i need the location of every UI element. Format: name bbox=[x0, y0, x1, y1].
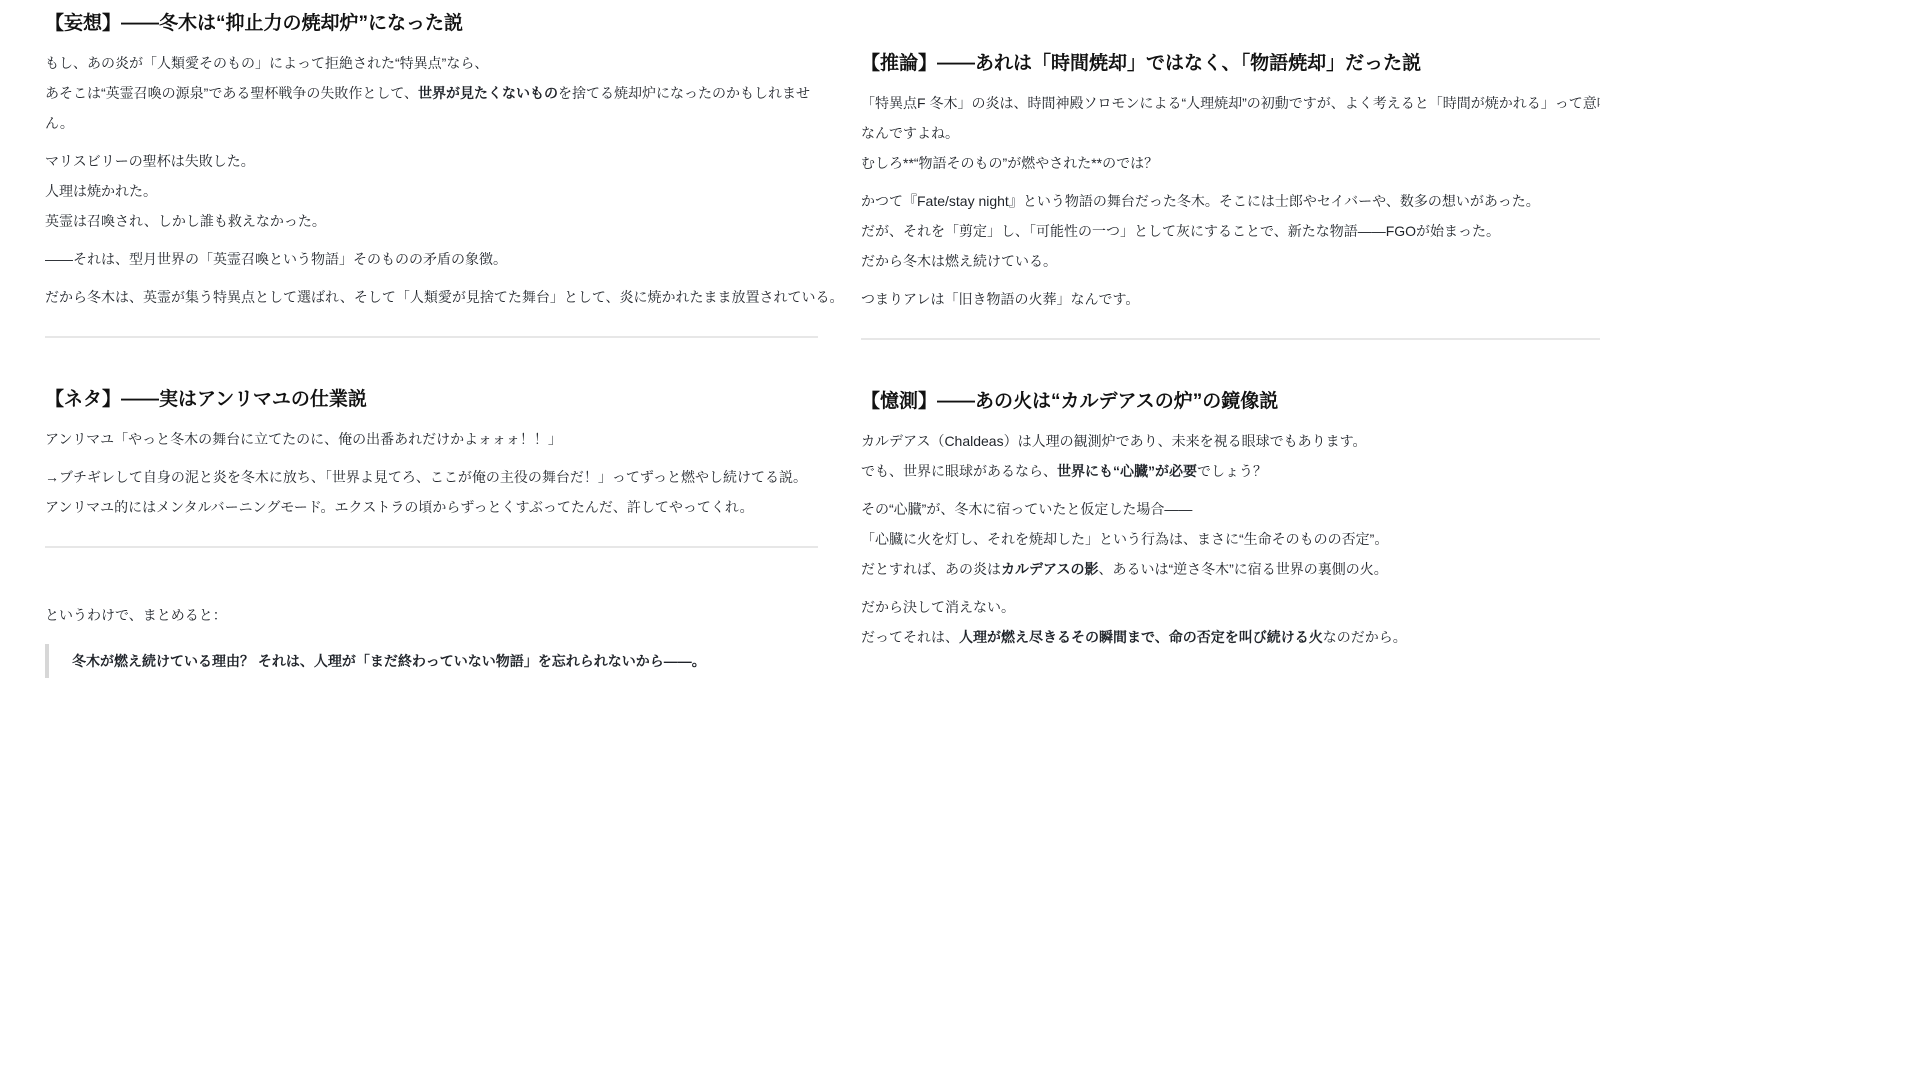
text-line: 「心臓に火を灯し、それを焼却した」という行為は、まさに“生命そのものの否定”。 bbox=[861, 524, 1600, 554]
summary-intro: というわけで、まとめると： bbox=[45, 600, 818, 630]
text-line: 冬木が燃え続けている理由？ それは、人理が「まだ終わっていない物語」を忘れられな… bbox=[72, 646, 818, 676]
text-line: でも、世界に眼球があるなら、世界にも“心臓”が必要でしょう？ bbox=[861, 456, 1600, 486]
left-column: 【妄想】——冬木は“抑止力の焼却炉”になった説もし、あの炎が「人類愛そのもの」に… bbox=[45, 10, 818, 678]
paragraph: ——それは、型月世界の「英霊召喚という物語」そのものの矛盾の象徴。 bbox=[45, 244, 818, 274]
text-line: なんですよね。 bbox=[861, 118, 1600, 148]
text-run: あそこは“英霊召喚の源泉”である聖杯戦争の失敗作として、 bbox=[45, 85, 418, 101]
text-line: 「特異点F 冬木」の炎は、時間神殿ソロモンによる“人理焼却”の初動ですが、よく考… bbox=[861, 88, 1600, 118]
text-run: だから冬木は燃え続けている。 bbox=[861, 253, 1057, 269]
text-line: かつて『Fate/stay night』という物語の舞台だった冬木。そこには士郎… bbox=[861, 186, 1600, 216]
section: 【推論】——あれは「時間焼却」ではなく、「物語焼却」だった説「特異点F 冬木」の… bbox=[861, 50, 1600, 314]
text-run: だから決して消えない。 bbox=[861, 599, 1015, 615]
text-run: というわけで、まとめると： bbox=[45, 607, 227, 623]
text-line: ん。 bbox=[45, 108, 818, 138]
paragraph: 「特異点F 冬木」の炎は、時間神殿ソロモンによる“人理焼却”の初動ですが、よく考… bbox=[861, 88, 1600, 178]
text-line: その“心臓”が、冬木に宿っていたと仮定した場合—— bbox=[861, 494, 1600, 524]
bold-text-run: カルデアスの影 bbox=[1001, 561, 1098, 577]
text-line: カルデアス（Chaldeas）は人理の観測炉であり、未来を視る眼球でもあります。 bbox=[861, 426, 1600, 456]
text-run: なのだから。 bbox=[1323, 629, 1407, 645]
paragraph: マリスビリーの聖杯は失敗した。人理は焼かれた。英霊は召喚され、しかし誰も救えなか… bbox=[45, 146, 818, 236]
text-line: アンリマユ的にはメンタルバーニングモード。エクストラの頃からずっとくすぶってたん… bbox=[45, 492, 818, 522]
paragraph: →ブチギレして自身の泥と炎を冬木に放ち、「世界よ見てろ、ここが俺の主役の舞台だ！… bbox=[45, 462, 818, 522]
text-run: ——それは、型月世界の「英霊召喚という物語」そのものの矛盾の象徴。 bbox=[45, 251, 507, 267]
text-run: 、あるいは“逆さ冬木”に宿る世界の裏側の火。 bbox=[1098, 561, 1387, 577]
section: 【妄想】——冬木は“抑止力の焼却炉”になった説もし、あの炎が「人類愛そのもの」に… bbox=[45, 10, 818, 312]
section-divider bbox=[861, 338, 1600, 340]
bold-text-run: 世界にも“心臓”が必要 bbox=[1057, 463, 1197, 479]
text-run: もし、あの炎が「人類愛そのもの」によって拒絶された“特異点”なら、 bbox=[45, 55, 488, 71]
text-run: 「特異点F 冬木」の炎は、時間神殿ソロモンによる“人理焼却”の初動ですが、よく考… bbox=[861, 95, 1600, 111]
text-run: かつて『Fate/stay night』という物語の舞台だった冬木。そこには士郎… bbox=[861, 193, 1540, 209]
paragraph: かつて『Fate/stay night』という物語の舞台だった冬木。そこには士郎… bbox=[861, 186, 1600, 276]
text-line: →ブチギレして自身の泥と炎を冬木に放ち、「世界よ見てろ、ここが俺の主役の舞台だ！… bbox=[45, 462, 818, 492]
text-run: だから冬木は、英霊が集う特異点として選ばれ、そして「人類愛が見捨てた舞台」として… bbox=[45, 289, 844, 305]
text-line: もし、あの炎が「人類愛そのもの」によって拒絶された“特異点”なら、 bbox=[45, 48, 818, 78]
text-line: むしろ**“物語そのもの”が燃やされた**のでは？ bbox=[861, 148, 1600, 178]
text-run: むしろ**“物語そのもの”が燃やされた**のでは？ bbox=[861, 155, 1158, 171]
paragraph: その“心臓”が、冬木に宿っていたと仮定した場合——「心臓に火を灯し、それを焼却し… bbox=[861, 494, 1600, 584]
paragraph: つまりアレは「旧き物語の火葬」なんです。 bbox=[861, 284, 1600, 314]
text-line: だってそれは、人理が燃え尽きるその瞬間まで、命の否定を叫び続ける火なのだから。 bbox=[861, 622, 1600, 652]
text-run: なんですよね。 bbox=[861, 125, 959, 141]
text-line: つまりアレは「旧き物語の火葬」なんです。 bbox=[861, 284, 1600, 314]
text-line: マリスビリーの聖杯は失敗した。 bbox=[45, 146, 818, 176]
paragraph: もし、あの炎が「人類愛そのもの」によって拒絶された“特異点”なら、あそこは“英霊… bbox=[45, 48, 818, 138]
page: 【妄想】——冬木は“抑止力の焼却炉”になった説もし、あの炎が「人類愛そのもの」に… bbox=[0, 0, 1600, 1080]
text-run: でも、世界に眼球があるなら、 bbox=[861, 463, 1057, 479]
text-line: あそこは“英霊召喚の源泉”である聖杯戦争の失敗作として、世界が見たくないものを捨… bbox=[45, 78, 818, 108]
text-run: →ブチギレして自身の泥と炎を冬木に放ち、「世界よ見てろ、ここが俺の主役の舞台だ！… bbox=[45, 469, 807, 485]
right-column: 【推論】——あれは「時間焼却」ではなく、「物語焼却」だった説「特異点F 冬木」の… bbox=[861, 50, 1600, 660]
text-run: その“心臓”が、冬木に宿っていたと仮定した場合—— bbox=[861, 501, 1192, 517]
text-line: 人理は焼かれた。 bbox=[45, 176, 818, 206]
text-line: だが、それを「剪定」し、「可能性の一つ」として灰にすることで、新たな物語——FG… bbox=[861, 216, 1600, 246]
text-line: だから冬木は、英霊が集う特異点として選ばれ、そして「人類愛が見捨てた舞台」として… bbox=[45, 282, 818, 312]
text-line: だから決して消えない。 bbox=[861, 592, 1600, 622]
text-run: カルデアス（Chaldeas）は人理の観測炉であり、未来を視る眼球でもあります。 bbox=[861, 433, 1366, 449]
text-run: ん。 bbox=[45, 115, 74, 131]
section-divider bbox=[45, 546, 818, 548]
text-line: ——それは、型月世界の「英霊召喚という物語」そのものの矛盾の象徴。 bbox=[45, 244, 818, 274]
section: 【ネタ】——実はアンリマユの仕業説アンリマユ「やっと冬木の舞台に立てたのに、俺の… bbox=[45, 386, 818, 522]
paragraph: アンリマユ「やっと冬木の舞台に立てたのに、俺の出番あれだけかよォォォ！！」 bbox=[45, 424, 818, 454]
text-run: でしょう？ bbox=[1197, 463, 1267, 479]
summary-quote: 冬木が燃え続けている理由？ それは、人理が「まだ終わっていない物語」を忘れられな… bbox=[45, 644, 818, 678]
text-run: マリスビリーの聖杯は失敗した。 bbox=[45, 153, 255, 169]
text-run: 「心臓に火を灯し、それを焼却した」という行為は、まさに“生命そのものの否定”。 bbox=[861, 531, 1388, 547]
paragraph: だから決して消えない。だってそれは、人理が燃え尽きるその瞬間まで、命の否定を叫び… bbox=[861, 592, 1600, 652]
paragraph: だから冬木は、英霊が集う特異点として選ばれ、そして「人類愛が見捨てた舞台」として… bbox=[45, 282, 818, 312]
section-heading: 【推論】——あれは「時間焼却」ではなく、「物語焼却」だった説 bbox=[861, 50, 1600, 78]
bold-text-run: 人理が燃え尽きるその瞬間まで、命の否定を叫び続ける火 bbox=[959, 629, 1323, 645]
text-run: 英霊は召喚され、しかし誰も救えなかった。 bbox=[45, 213, 326, 229]
section-heading: 【憶測】——あの火は“カルデアスの炉”の鏡像説 bbox=[861, 388, 1600, 416]
text-run: 人理は焼かれた。 bbox=[45, 183, 157, 199]
text-run: アンリマユ的にはメンタルバーニングモード。エクストラの頃からずっとくすぶってたん… bbox=[45, 499, 754, 515]
bold-text-run: 冬木が燃え続けている理由？ それは、人理が「まだ終わっていない物語」を忘れられな… bbox=[72, 653, 706, 669]
text-line: アンリマユ「やっと冬木の舞台に立てたのに、俺の出番あれだけかよォォォ！！」 bbox=[45, 424, 818, 454]
text-line: だから冬木は燃え続けている。 bbox=[861, 246, 1600, 276]
section-heading: 【妄想】——冬木は“抑止力の焼却炉”になった説 bbox=[45, 10, 818, 38]
text-run: だってそれは、 bbox=[861, 629, 959, 645]
text-run: だが、それを「剪定」し、「可能性の一つ」として灰にすることで、新たな物語——FG… bbox=[861, 223, 1500, 239]
bold-text-run: 世界が見たくないもの bbox=[418, 85, 558, 101]
text-run: つまりアレは「旧き物語の火葬」なんです。 bbox=[861, 291, 1139, 307]
text-line: だとすれば、あの炎はカルデアスの影、あるいは“逆さ冬木”に宿る世界の裏側の火。 bbox=[861, 554, 1600, 584]
paragraph: カルデアス（Chaldeas）は人理の観測炉であり、未来を視る眼球でもあります。… bbox=[861, 426, 1600, 486]
section: 【憶測】——あの火は“カルデアスの炉”の鏡像説カルデアス（Chaldeas）は人… bbox=[861, 388, 1600, 652]
text-run: だとすれば、あの炎は bbox=[861, 561, 1001, 577]
text-run: アンリマユ「やっと冬木の舞台に立てたのに、俺の出番あれだけかよォォォ！！」 bbox=[45, 431, 562, 447]
text-line: というわけで、まとめると： bbox=[45, 600, 818, 630]
text-line: 英霊は召喚され、しかし誰も救えなかった。 bbox=[45, 206, 818, 236]
text-run: を捨てる焼却炉になったのかもしれませ bbox=[558, 85, 810, 101]
section-heading: 【ネタ】——実はアンリマユの仕業説 bbox=[45, 386, 818, 414]
section-divider bbox=[45, 336, 818, 338]
